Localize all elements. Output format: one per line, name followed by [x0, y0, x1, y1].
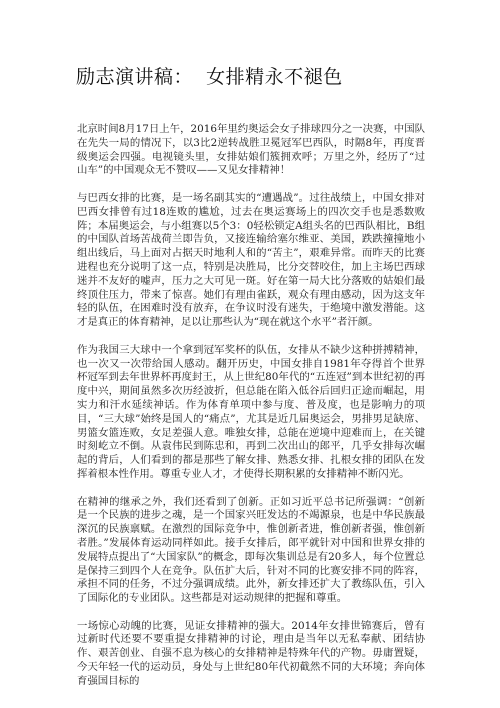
document-body: 北京时间8月17日上午，2016年里约奥运会女子排球四分之一决赛，中国队在先失一… — [77, 123, 425, 702]
paragraph-5: 一场惊心动魄的比赛，见证女排精神的强大。2014年女排世锦赛后，曾有过新时代还要… — [77, 620, 425, 689]
paragraph-2: 与巴西女排的比赛，是一场名副其实的“遭遇战”。过往战绩上，中国女排对巴西女排曾有… — [77, 192, 425, 330]
document-title: 励志演讲稿： 女排精永不褪色 — [76, 62, 343, 89]
paragraph-1: 北京时间8月17日上午，2016年里约奥运会女子排球四分之一决赛，中国队在先失一… — [77, 123, 425, 178]
document-page: 励志演讲稿： 女排精永不褪色 北京时间8月17日上午，2016年里约奥运会女子排… — [0, 0, 500, 708]
paragraph-3: 作为我国三大球中一个拿到冠军奖杯的队伍，女排从不缺少这种拼搏精神，也一次又一次带… — [77, 344, 425, 482]
paragraph-4: 在精神的继承之外，我们还看到了创新。正如习近平总书记所强调：“创新是一个民族的进… — [77, 496, 425, 606]
